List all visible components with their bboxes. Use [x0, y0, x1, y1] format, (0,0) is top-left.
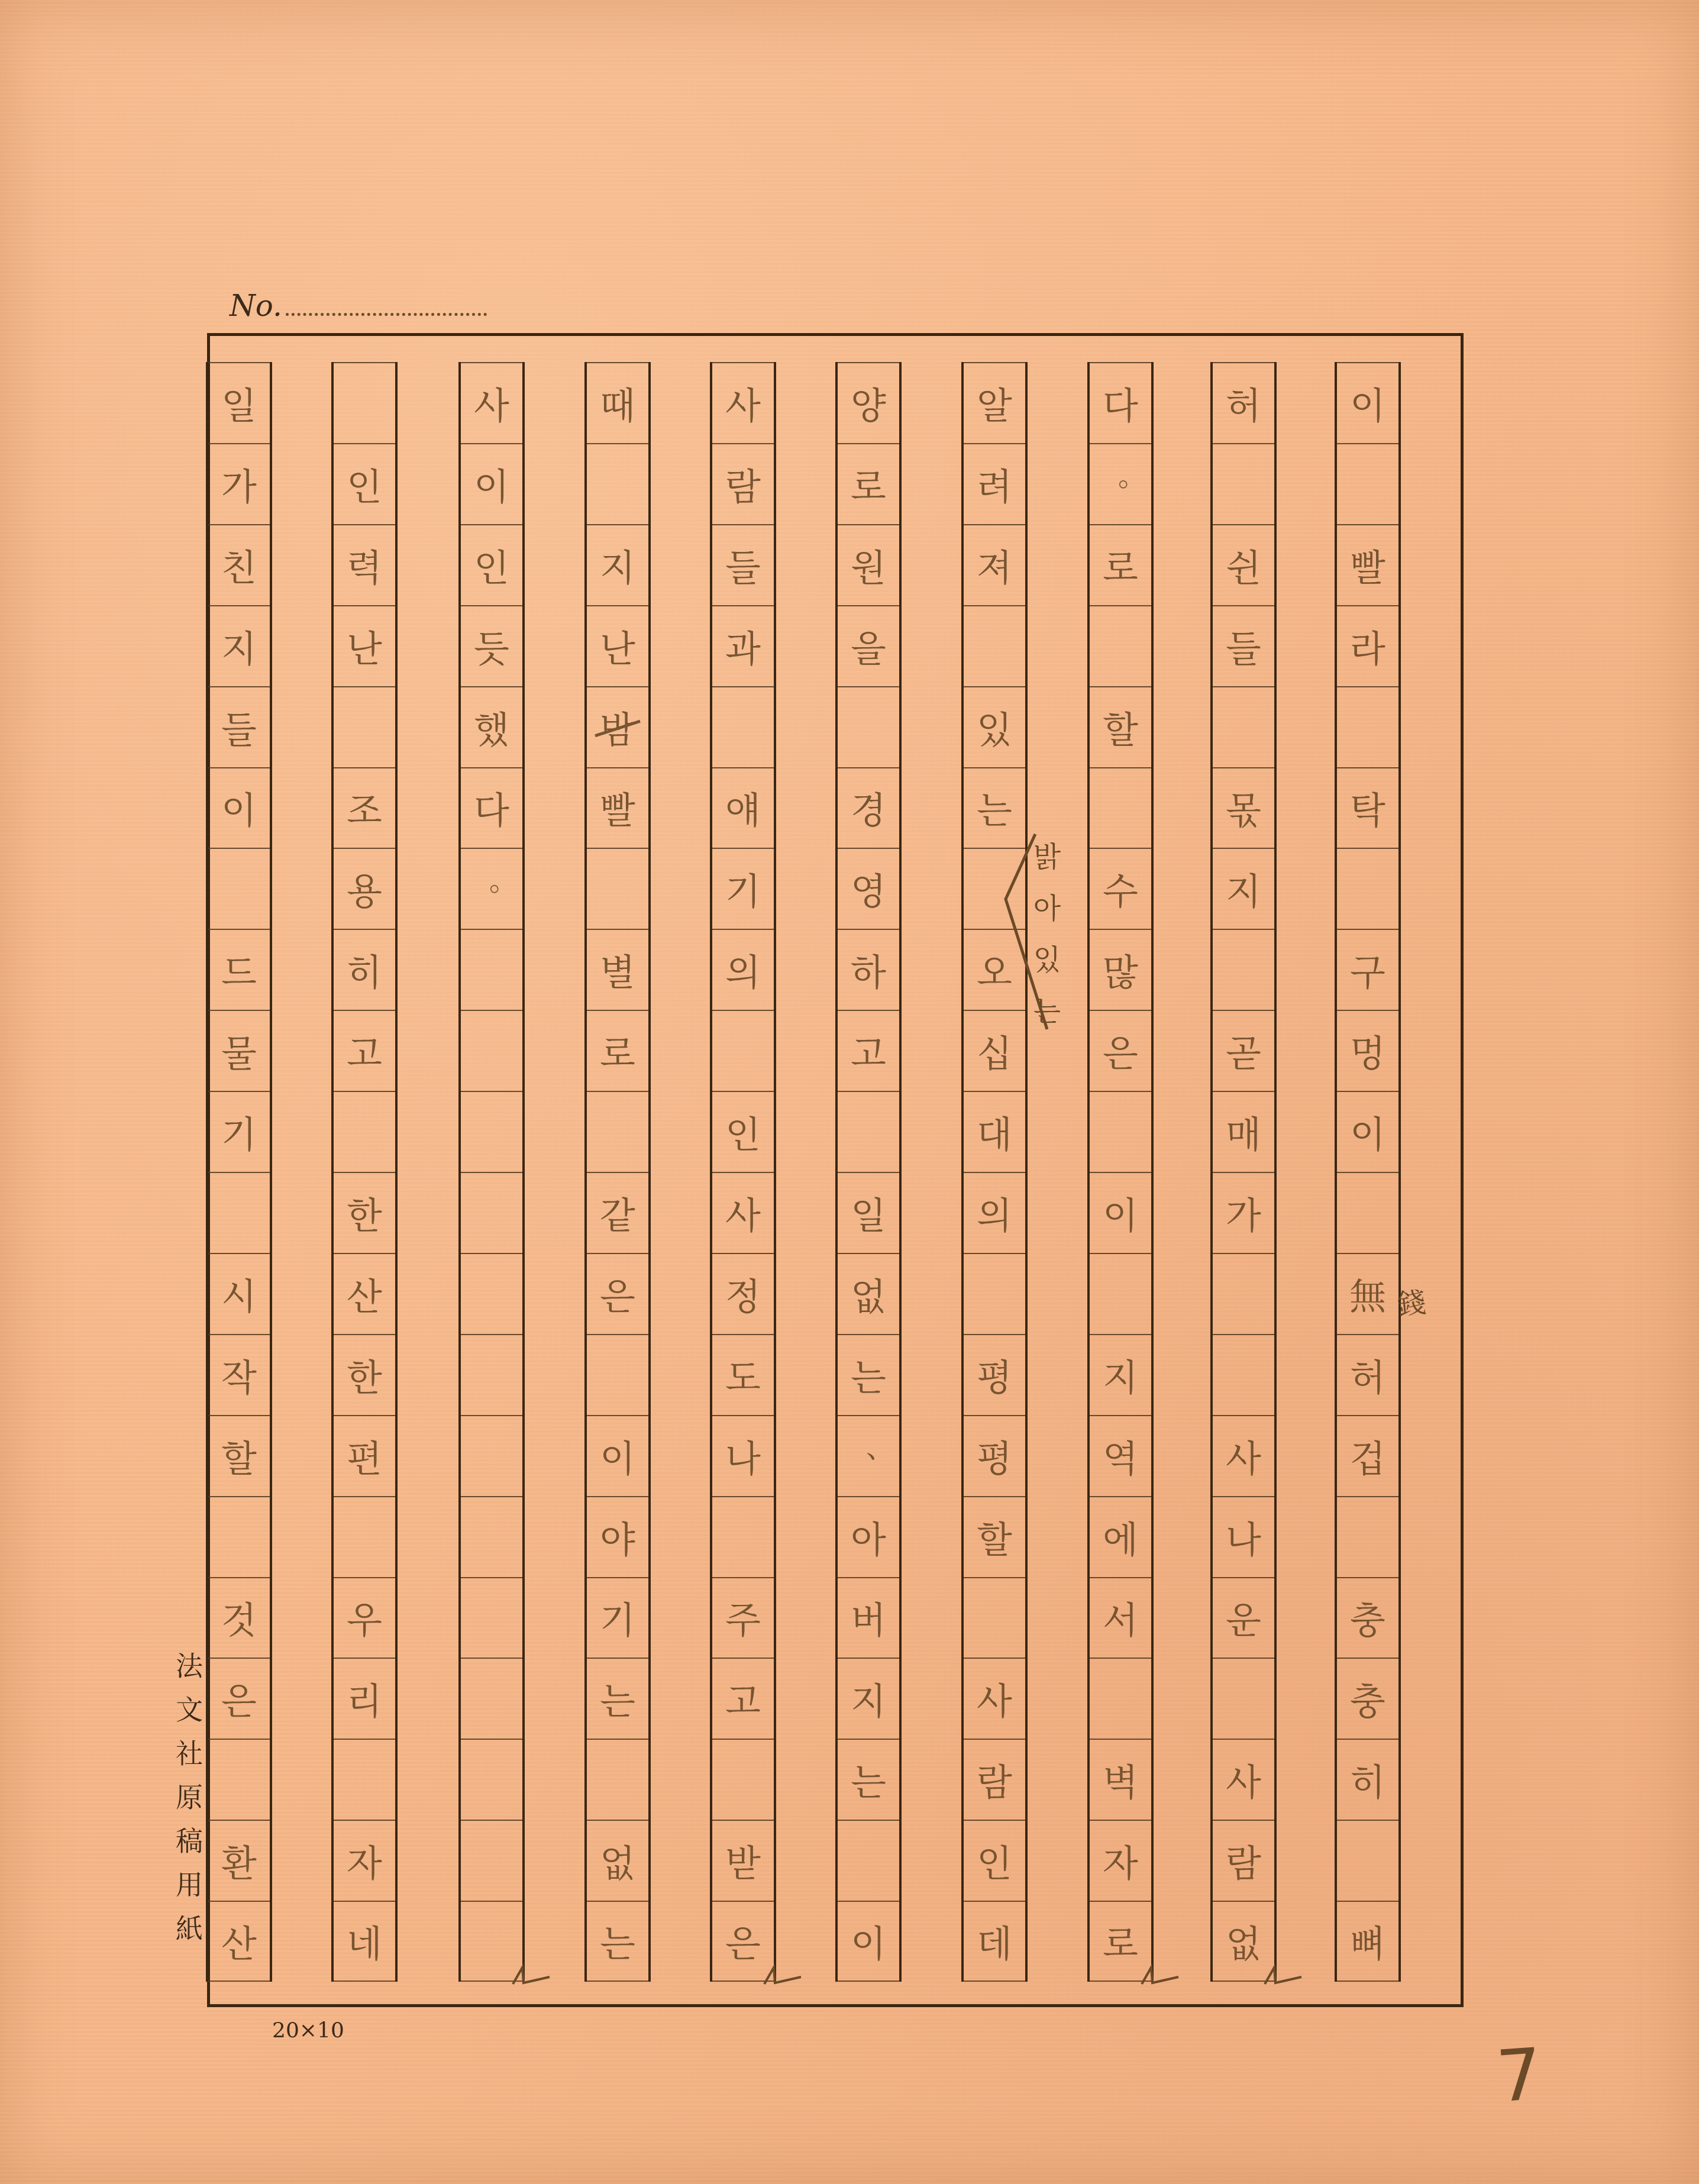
cell-character: 져: [977, 539, 1012, 592]
cell-character: 쉰: [1226, 539, 1261, 592]
manuscript-cell: 도: [712, 1334, 774, 1415]
cell-character: 구: [1350, 944, 1385, 996]
number-label: No.: [230, 289, 282, 323]
manuscript-cell: 이: [208, 767, 270, 848]
manuscript-cell: [334, 1496, 395, 1577]
number-dotted-line: [286, 309, 487, 316]
manuscript-cell: 허: [1337, 1334, 1398, 1415]
cell-character: 평: [977, 1349, 1012, 1401]
cell-character: 시: [221, 1268, 257, 1320]
manuscript-cell: [461, 1820, 522, 1901]
manuscript-cell: 정: [712, 1253, 774, 1334]
manuscript-cell: [712, 1739, 774, 1820]
cell-character: 탁: [1350, 781, 1385, 834]
manuscript-cell: [461, 1334, 522, 1415]
manuscript-cell: [1213, 1658, 1274, 1739]
manuscript-cell: 이: [461, 443, 522, 524]
manuscript-cell: 있: [964, 686, 1025, 767]
cell-character: 는: [851, 1349, 886, 1401]
manuscript-cell: 곧: [1213, 1010, 1274, 1091]
manuscript-cell: 다: [1090, 362, 1151, 443]
manuscript-cell: [712, 1496, 774, 1577]
manuscript-cell: 같: [587, 1172, 648, 1253]
manuscript-cell: 에: [1090, 1496, 1151, 1577]
manuscript-cell: [1090, 1091, 1151, 1172]
manuscript-cell: 산: [208, 1901, 270, 1982]
manuscript-cell: [1213, 686, 1274, 767]
manuscript-cell: [1090, 767, 1151, 848]
page-number: 7: [1494, 2034, 1545, 2119]
manuscript-cell: [1337, 1496, 1398, 1577]
manuscript-cell: [1213, 929, 1274, 1010]
publisher-character: 紙: [176, 1907, 203, 1946]
manuscript-cell: 환: [208, 1820, 270, 1901]
cell-character: 히: [347, 944, 382, 996]
insertion-character: 는: [1033, 988, 1061, 1029]
cell-character: 나: [725, 1430, 761, 1482]
manuscript-cell: 자: [334, 1820, 395, 1901]
cell-character: 람: [725, 458, 761, 511]
cell-character: 아: [851, 1511, 886, 1563]
manuscript-cell: 할: [964, 1496, 1025, 1577]
manuscript-cell: [712, 686, 774, 767]
manuscript-cell: [461, 1010, 522, 1091]
cell-character: 사: [1226, 1753, 1261, 1806]
cell-character: 산: [347, 1268, 382, 1320]
publisher-character: 社: [176, 1732, 203, 1771]
cell-character: 사: [725, 377, 761, 429]
cell-character: 같: [600, 1187, 635, 1239]
manuscript-cell: 지: [1213, 848, 1274, 929]
manuscript-cell: [208, 1172, 270, 1253]
cell-character: 사: [1226, 1430, 1261, 1482]
manuscript-cell: 밤: [587, 686, 648, 767]
manuscript-cell: 나: [1213, 1496, 1274, 1577]
manuscript-cell: 사: [1213, 1739, 1274, 1820]
cell-character: 영: [851, 862, 886, 915]
cell-character: 도: [725, 1349, 761, 1401]
publisher-character: 法: [176, 1645, 203, 1684]
cell-character: 기: [725, 862, 761, 915]
cell-character: 없: [851, 1268, 886, 1320]
manuscript-cell: 많: [1090, 929, 1151, 1010]
manuscript-cell: 벽: [1090, 1739, 1151, 1820]
cell-character: 사: [474, 377, 509, 429]
cell-character: 자: [347, 1834, 382, 1887]
manuscript-cell: 원: [838, 524, 899, 605]
cell-character: 가: [1226, 1187, 1261, 1239]
manuscript-cell: 의: [712, 929, 774, 1010]
manuscript-cell: [461, 1901, 522, 1982]
cell-character: 한: [347, 1349, 382, 1401]
manuscript-cell: 이: [587, 1415, 648, 1496]
manuscript-cell: 영: [838, 848, 899, 929]
manuscript-cell: 無: [1337, 1253, 1398, 1334]
manuscript-cell: 듯: [461, 605, 522, 686]
manuscript-cell: 할: [208, 1415, 270, 1496]
manuscript-cell: 자: [1090, 1820, 1151, 1901]
publisher-character: 用: [176, 1863, 203, 1902]
manuscript-cell: 로: [587, 1010, 648, 1091]
manuscript-cell: 겁: [1337, 1415, 1398, 1496]
cell-character: 는: [977, 781, 1012, 834]
manuscript-cell: 인: [334, 443, 395, 524]
manuscript-cell: 는: [587, 1658, 648, 1739]
cell-character: 들: [221, 701, 257, 754]
cell-character: 인: [725, 1106, 761, 1158]
manuscript-cell: [461, 1253, 522, 1334]
cell-character: 사: [725, 1187, 761, 1239]
manuscript-cell: [461, 1172, 522, 1253]
cell-character: 라: [1350, 620, 1385, 673]
cell-character: 을: [851, 620, 886, 673]
cell-character: 물: [221, 1025, 257, 1077]
cell-character: 난: [600, 620, 635, 673]
manuscript-cell: 히: [1337, 1739, 1398, 1820]
cell-character: 이: [1350, 1106, 1385, 1158]
manuscript-cell: 이: [838, 1901, 899, 1982]
cell-character: 사: [977, 1672, 1012, 1725]
cell-character: 일: [221, 377, 257, 429]
cell-character: 나: [1226, 1511, 1261, 1563]
manuscript-cell: [334, 686, 395, 767]
cell-character: 자: [1103, 1834, 1138, 1887]
cell-character: 지: [600, 539, 635, 592]
manuscript-cell: 로: [838, 443, 899, 524]
cell-character: 에: [1103, 1511, 1138, 1563]
cell-character: 다: [1103, 377, 1138, 429]
cell-character: 빨: [1350, 539, 1385, 592]
manuscript-cell: 쉰: [1213, 524, 1274, 605]
cell-character: 이: [474, 458, 509, 511]
cell-character: 가: [221, 458, 257, 511]
cell-character: 벽: [1103, 1753, 1138, 1806]
manuscript-cell: 버: [838, 1577, 899, 1658]
cell-character: 기: [600, 1591, 635, 1644]
manuscript-cell: 편: [334, 1415, 395, 1496]
cell-character: 들: [725, 539, 761, 592]
publisher-imprint: 法文社原稿用紙: [172, 1645, 207, 1946]
cell-character: 은: [221, 1672, 257, 1725]
manuscript-cell: 역: [1090, 1415, 1151, 1496]
manuscript-column-9: 인력난조용히고한산한편우리자네: [331, 362, 398, 1982]
manuscript-cell: 얘: [712, 767, 774, 848]
manuscript-cell: 들: [1213, 605, 1274, 686]
cell-character: 리: [347, 1672, 382, 1725]
manuscript-cell: 지: [1090, 1334, 1151, 1415]
cell-character: 로: [1103, 539, 1138, 592]
manuscript-cell: 。: [461, 848, 522, 929]
manuscript-cell: 산: [334, 1253, 395, 1334]
cell-character: 있: [977, 701, 1012, 754]
manuscript-cell: [587, 1334, 648, 1415]
cell-character: 기: [221, 1106, 257, 1158]
manuscript-column-6: 사람들과얘기의인사정도나주고받은: [710, 362, 776, 1982]
cell-character: 無: [1349, 1268, 1386, 1320]
cell-character: 인: [977, 1834, 1012, 1887]
manuscript-cell: 리: [334, 1658, 395, 1739]
manuscript-cell: 양: [838, 362, 899, 443]
cell-character: 의: [725, 944, 761, 996]
cell-character: 할: [977, 1511, 1012, 1563]
manuscript-cell: [712, 1010, 774, 1091]
manuscript-cell: 히: [334, 929, 395, 1010]
manuscript-cell: 대: [964, 1091, 1025, 1172]
manuscript-cell: 사: [964, 1658, 1025, 1739]
manuscript-cell: 람: [712, 443, 774, 524]
manuscript-cell: 것: [208, 1577, 270, 1658]
cell-character: 경: [851, 781, 886, 834]
manuscript-cell: 드: [208, 929, 270, 1010]
cell-character: 주: [725, 1591, 761, 1644]
cell-character: 는: [851, 1753, 886, 1806]
cell-character: 데: [977, 1915, 1012, 1967]
manuscript-cell: 별: [587, 929, 648, 1010]
manuscript-cell: [1337, 1172, 1398, 1253]
manuscript-cell: 력: [334, 524, 395, 605]
manuscript-cell: 기: [712, 848, 774, 929]
cell-character: 지: [221, 620, 257, 673]
manuscript-cell: [587, 1091, 648, 1172]
cell-character: 충: [1350, 1591, 1385, 1644]
manuscript-cell: 사: [712, 362, 774, 443]
manuscript-cell: 빨: [587, 767, 648, 848]
cell-character: 야: [600, 1511, 635, 1563]
manuscript-cell: 충: [1337, 1658, 1398, 1739]
cell-character: 매: [1226, 1106, 1261, 1158]
manuscript-cell: 몫: [1213, 767, 1274, 848]
cell-character: 한: [347, 1187, 382, 1239]
cell-character: 력: [347, 539, 382, 592]
cell-character: 수: [1103, 862, 1138, 915]
manuscript-cell: 지: [208, 605, 270, 686]
cell-character: 것: [221, 1591, 257, 1644]
publisher-character: 原: [176, 1776, 203, 1815]
cell-character: 허: [1350, 1349, 1385, 1401]
cell-character: 친: [221, 539, 257, 592]
manuscript-cell: 는: [838, 1739, 899, 1820]
manuscript-cell: 은: [712, 1901, 774, 1982]
manuscript-cell: 시: [208, 1253, 270, 1334]
cell-character: 들: [1226, 620, 1261, 673]
cell-character: 、: [866, 1425, 894, 1466]
manuscript-cell: 수: [1090, 848, 1151, 929]
manuscript-cell: 난: [334, 605, 395, 686]
manuscript-cell: 난: [587, 605, 648, 686]
cell-character: 。: [489, 858, 518, 899]
manuscript-cell: 지: [587, 524, 648, 605]
manuscript-cell: 일: [208, 362, 270, 443]
cell-character: 할: [1103, 701, 1138, 754]
manuscript-column-7: 때지난밤빨별로같은이야기는없는: [584, 362, 651, 1982]
cell-character: 람: [977, 1753, 1012, 1806]
cell-character: 버: [851, 1591, 886, 1644]
cell-character: 산: [221, 1915, 257, 1967]
cell-character: 려: [977, 458, 1012, 511]
manuscript-cell: 네: [334, 1901, 395, 1982]
manuscript-cell: 는: [587, 1901, 648, 1982]
cell-character: 지: [1103, 1349, 1138, 1401]
manuscript-cell: 빨: [1337, 524, 1398, 605]
manuscript-cell: [1337, 443, 1398, 524]
manuscript-cell: 기: [208, 1091, 270, 1172]
manuscript-cell: 데: [964, 1901, 1025, 1982]
manuscript-cell: 운: [1213, 1577, 1274, 1658]
manuscript-cell: [1337, 1820, 1398, 1901]
manuscript-cell: 가: [208, 443, 270, 524]
manuscript-cell: 사: [1213, 1415, 1274, 1496]
manuscript-cell: 하: [838, 929, 899, 1010]
manuscript-cell: 람: [1213, 1820, 1274, 1901]
manuscript-cell: 한: [334, 1334, 395, 1415]
publisher-character: 稿: [176, 1820, 203, 1859]
cell-character: 다: [474, 781, 509, 834]
cell-character: 없: [1226, 1915, 1261, 1967]
grid-size-label: 20×10: [272, 2018, 344, 2043]
manuscript-cell: [461, 1658, 522, 1739]
manuscript-cell: [461, 1091, 522, 1172]
manuscript-cell: 로: [1090, 1901, 1151, 1982]
manuscript-column-8: 사이인듯했다。: [458, 362, 525, 1982]
manuscript-cell: 는: [838, 1334, 899, 1415]
cell-character: 조: [347, 781, 382, 834]
manuscript-cell: [461, 1496, 522, 1577]
cell-character: 난: [347, 620, 382, 673]
manuscript-cell: 나: [712, 1415, 774, 1496]
cell-character: 서: [1103, 1591, 1138, 1644]
cell-character: 이: [221, 781, 257, 834]
cell-character: 드: [221, 944, 257, 996]
cell-character: 겁: [1350, 1430, 1385, 1482]
manuscript-cell: [208, 1496, 270, 1577]
manuscript-cell: 져: [964, 524, 1025, 605]
cell-character: 은: [600, 1268, 635, 1320]
manuscript-column-5: 양로원을경영하고일없는、아버지는이: [835, 362, 902, 1982]
manuscript-cell: 친: [208, 524, 270, 605]
manuscript-cell: 고: [334, 1010, 395, 1091]
manuscript-cell: 멍: [1337, 1010, 1398, 1091]
manuscript-cell: [334, 1091, 395, 1172]
manuscript-cell: 탁: [1337, 767, 1398, 848]
cell-character: 인: [347, 458, 382, 511]
manuscript-cell: 지: [838, 1658, 899, 1739]
cell-character: 역: [1103, 1430, 1138, 1482]
cell-character: 인: [474, 539, 509, 592]
manuscript-cell: 、: [838, 1415, 899, 1496]
manuscript-cell: [838, 1820, 899, 1901]
manuscript-cell: 없: [838, 1253, 899, 1334]
margin-annotation: 錢: [1396, 1280, 1428, 1323]
cell-character: 환: [221, 1834, 257, 1887]
manuscript-cell: 서: [1090, 1577, 1151, 1658]
cell-character: 충: [1350, 1672, 1385, 1725]
cell-character: 로: [1103, 1915, 1138, 1967]
manuscript-column-2: 허쉰들몫지곧매가사나운사람없: [1210, 362, 1277, 1982]
manuscript-cell: 은: [587, 1253, 648, 1334]
manuscript-cell: 매: [1213, 1091, 1274, 1172]
manuscript-column-10: 일가친지들이드물기시작할것은환산: [206, 362, 272, 1982]
manuscript-cell: 경: [838, 767, 899, 848]
manuscript-cell: 고: [712, 1658, 774, 1739]
manuscript-cell: 없: [587, 1820, 648, 1901]
manuscript-cell: [208, 848, 270, 929]
cell-character: 없: [600, 1834, 635, 1887]
cell-character: 고: [851, 1025, 886, 1077]
cell-character: 했: [474, 701, 509, 754]
manuscript-cell: 사: [712, 1172, 774, 1253]
cell-character: 알: [977, 377, 1012, 429]
manuscript-cell: 가: [1213, 1172, 1274, 1253]
cell-character: 멍: [1350, 1025, 1385, 1077]
cell-character: 받: [725, 1834, 761, 1887]
cell-character: 많: [1103, 944, 1138, 996]
manuscript-cell: 물: [208, 1010, 270, 1091]
manuscript-cell: [587, 1739, 648, 1820]
cell-character: 로: [600, 1025, 635, 1077]
insertion-character: 밝: [1033, 834, 1061, 875]
manuscript-cell: [461, 1415, 522, 1496]
manuscript-cell: 이: [1337, 1091, 1398, 1172]
manuscript-cell: [587, 848, 648, 929]
manuscript-cell: 했: [461, 686, 522, 767]
manuscript-cell: 없: [1213, 1901, 1274, 1982]
manuscript-cell: [1090, 1253, 1151, 1334]
cell-character: 뼈: [1350, 1915, 1385, 1967]
cell-character: 고: [347, 1025, 382, 1077]
manuscript-cell: 조: [334, 767, 395, 848]
cell-character: 운: [1226, 1591, 1261, 1644]
manuscript-column-3: 다。로할수많은이지역에서벽자로: [1087, 362, 1154, 1982]
cell-character: 과: [725, 620, 761, 673]
cell-character: 우: [347, 1591, 382, 1644]
cell-character: 빨: [600, 781, 635, 834]
manuscript-cell: 라: [1337, 605, 1398, 686]
cell-character: 이: [600, 1430, 635, 1482]
cell-character: 이: [851, 1915, 886, 1967]
manuscript-cell: 을: [838, 605, 899, 686]
cell-character: 。: [1118, 453, 1146, 494]
manuscript-cell: 아: [838, 1496, 899, 1577]
cell-character: 지: [851, 1672, 886, 1725]
manuscript-cell: 용: [334, 848, 395, 929]
manuscript-cell: 일: [838, 1172, 899, 1253]
cell-character: 일: [851, 1187, 886, 1239]
manuscript-cell: 은: [1090, 1010, 1151, 1091]
cell-character: 밤: [600, 701, 635, 754]
manuscript-cell: 。: [1090, 443, 1151, 524]
cell-character: 얘: [725, 781, 761, 834]
cell-character: 이: [1350, 377, 1385, 429]
cell-character: 대: [977, 1106, 1012, 1158]
cell-character: 은: [1103, 1025, 1138, 1077]
manuscript-cell: 들: [208, 686, 270, 767]
manuscript-cell: 이: [1090, 1172, 1151, 1253]
manuscript-cell: [1337, 686, 1398, 767]
cell-character: 듯: [474, 620, 509, 673]
manuscript-cell: 인: [964, 1820, 1025, 1901]
manuscript-cell: 과: [712, 605, 774, 686]
cell-character: 때: [600, 377, 635, 429]
margin-insertion: 밝아있는: [1023, 834, 1071, 1029]
manuscript-cell: [461, 929, 522, 1010]
manuscript-cell: [1090, 1658, 1151, 1739]
manuscript-cell: 들: [712, 524, 774, 605]
cell-character: 네: [347, 1915, 382, 1967]
cell-character: 할: [221, 1430, 257, 1482]
cell-character: 는: [600, 1672, 635, 1725]
manuscript-cell: [964, 1253, 1025, 1334]
manuscript-cell: 알: [964, 362, 1025, 443]
